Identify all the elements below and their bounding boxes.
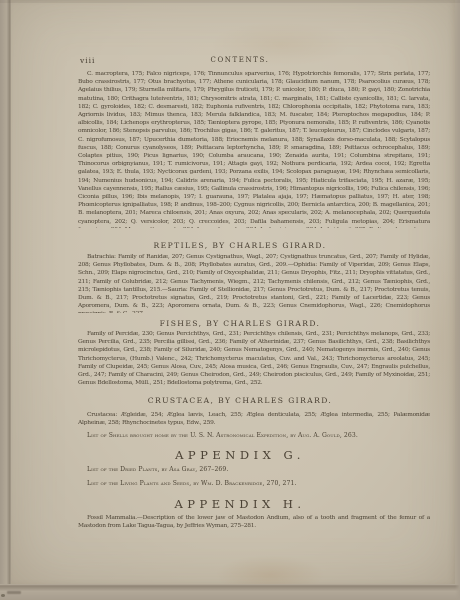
scan-edge-bottom xyxy=(0,584,460,600)
toc-paragraph-fishes: Family of Percidæ, 230; Genus Percichthy… xyxy=(78,330,430,390)
appendix-h-heading: APPENDIX H. xyxy=(30,497,450,511)
dried-plants-line: List of the Dried Plants, by Asa Gray, 2… xyxy=(78,466,430,473)
living-plants-line: List of the Living Plants and Seeds, by … xyxy=(78,480,430,487)
corner-speck xyxy=(1,594,5,597)
list-of-shells-line: List of Shells brought home by the U. S.… xyxy=(78,432,430,439)
scan-edge-right xyxy=(455,0,460,600)
scan-edge-top xyxy=(0,0,460,3)
section-heading-reptiles: REPTILES, BY CHARLES GIRARD. xyxy=(30,241,450,250)
scanned-book-page: { "page": { "number": "viii", "running_t… xyxy=(0,0,460,600)
printers-mark xyxy=(7,591,21,594)
section-heading-crustacea: CRUSTACEA, BY CHARLES GIRARD. xyxy=(30,396,450,405)
running-title: CONTENTS. xyxy=(180,56,300,64)
toc-paragraph-birds-continued: C. macroptera, 175; Falco nigriceps, 176… xyxy=(78,70,430,228)
toc-paragraph-reptiles: Batrachia: Family of Ranidæ, 207; Genus … xyxy=(78,253,430,313)
page-number: viii xyxy=(80,56,95,65)
toc-paragraph-crustacea: Crustacea: Ægleidæ, 254; Æglea lævis, Le… xyxy=(78,411,430,430)
toc-paragraph-fossil-mammalia: Fossil Mammalia.—Description of the lowe… xyxy=(78,514,430,533)
scan-edge-left xyxy=(0,0,11,600)
appendix-g-heading: APPENDIX G. xyxy=(30,448,450,462)
section-heading-fishes: FISHES, BY CHARLES GIRARD. xyxy=(30,319,450,328)
